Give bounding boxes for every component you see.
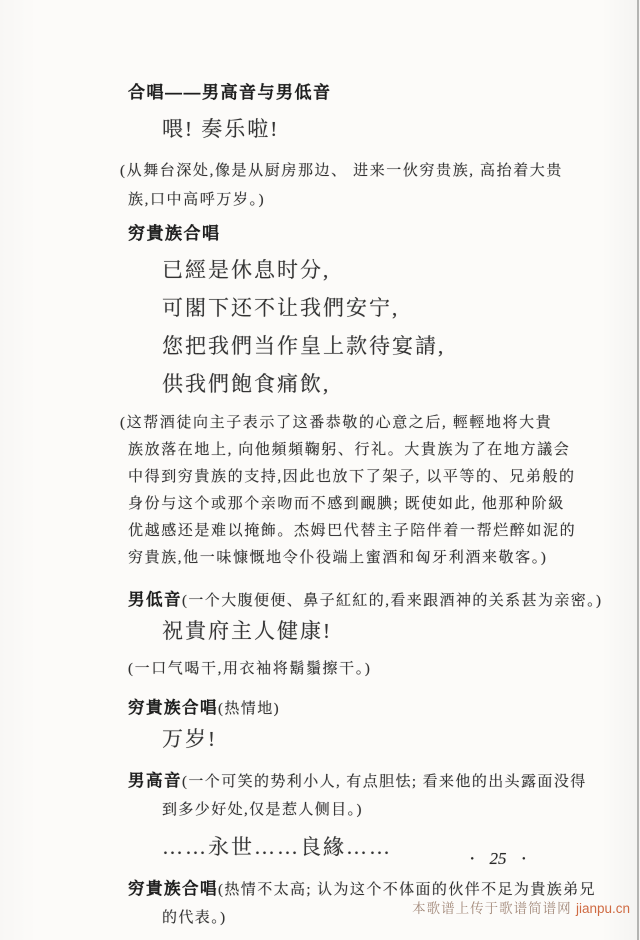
direction-line: 族放落在地上, 向他頻頻鞠躬、行礼。大貴族为了在地方議会 bbox=[128, 437, 616, 464]
scanned-script-page: 合唱——男高音与男低音 喂! 奏乐啦! (从舞台深处,像是从厨房那边、 进来一伙… bbox=[0, 0, 640, 940]
speaker-line: 男高音(一个可笑的势利小人, 有点胆怯; 看来他的出头露面没得 到多少好处,仅是… bbox=[128, 767, 616, 824]
direction-line: 穷貴族,他一味慷慨地令仆役端上蜜酒和匈牙利酒来敬客。) bbox=[128, 545, 616, 572]
speaker-name: 穷貴族合唱 bbox=[128, 880, 218, 898]
speaker-name: 男低音 bbox=[128, 591, 182, 609]
watermark-text: 本歌谱上传于歌谱简谱网 bbox=[412, 901, 576, 916]
speaker-note: (热情地) bbox=[218, 701, 280, 717]
speaker-line: 男低音(一个大腹便便、鼻子紅紅的,看来跟酒神的关系甚为亲密。) bbox=[128, 586, 616, 610]
speaker-note: (一个大腹便便、鼻子紅紅的,看来跟酒神的关系甚为亲密。) bbox=[182, 593, 602, 609]
lyric-line: 您把我們当作皇上款待宴請, bbox=[128, 331, 616, 362]
watermark-site-link: jianpu.cn bbox=[576, 901, 630, 916]
lyric-line: 喂! 奏乐啦! bbox=[128, 114, 616, 145]
lyric-line: 供我們飽食痛飲, bbox=[128, 369, 616, 400]
speaker-name: 男高音 bbox=[128, 772, 182, 790]
direction-line: (这帮酒徒向主子表示了这番恭敬的心意之后, 輕輕地将大貴 bbox=[128, 410, 616, 437]
speaker-note-continuation: 到多少好处,仅是惹人侧目。) bbox=[128, 796, 616, 824]
lyric-line: 万岁! bbox=[128, 724, 616, 755]
stage-direction: (这帮酒徒向主子表示了这番恭敬的心意之后, 輕輕地将大貴 族放落在地上, 向他頻… bbox=[128, 410, 616, 572]
chorus-heading: 合唱——男高音与男低音 bbox=[128, 82, 616, 104]
direction-line: (从舞台深处,像是从厨房那边、 进来一伙穷贵族, 高抬着大贵 bbox=[128, 157, 616, 186]
direction-line: (一口气喝干,用衣袖将鬍鬚擦干。) bbox=[128, 655, 616, 684]
direction-line: 中得到穷貴族的支持,因此也放下了架子, 以平等的、兄弟般的 bbox=[128, 464, 616, 491]
page-number-left-dot: · bbox=[469, 854, 476, 864]
speaker-note: (一个可笑的势利小人, 有点胆怯; 看来他的出头露面没得 bbox=[182, 774, 587, 790]
direction-line: 身份与这个或那个亲吻而不感到靦腆; 既使如此, 他那种阶級 bbox=[128, 491, 616, 518]
watermark: 本歌谱上传于歌谱简谱网 jianpu.cn bbox=[412, 897, 630, 917]
poor-nobles-chorus-heading: 穷貴族合唱 bbox=[128, 223, 616, 245]
direction-line: 优越感还是难以掩飾。杰姆巴代替主子陪伴着一帮烂醉如泥的 bbox=[128, 518, 616, 545]
page-number-value: 25 bbox=[490, 849, 507, 869]
scan-edge-artifact bbox=[637, 0, 639, 940]
stage-direction: (一口气喝干,用衣袖将鬍鬚擦干。) bbox=[128, 655, 616, 684]
lyric-line: 已經是休息时分, bbox=[128, 255, 616, 286]
lyric-line: 祝貴府主人健康! bbox=[128, 616, 616, 647]
page-number-right-dot: · bbox=[521, 854, 528, 864]
script-content: 合唱——男高音与男低音 喂! 奏乐啦! (从舞台深处,像是从厨房那边、 进来一伙… bbox=[128, 82, 616, 932]
direction-line: 族,口中高呼万岁。) bbox=[128, 186, 616, 215]
speaker-line: 穷貴族合唱(热情地) bbox=[128, 694, 616, 718]
speaker-name: 穷貴族合唱 bbox=[128, 699, 218, 717]
page-number: · 25 · bbox=[448, 849, 548, 869]
stage-direction: (从舞台深处,像是从厨房那边、 进来一伙穷贵族, 高抬着大贵 族,口中高呼万岁。… bbox=[128, 157, 616, 215]
speaker-note: (热情不太高; 认为这个不体面的伙伴不足为貴族弟兄 bbox=[218, 882, 596, 898]
lyric-line: 可閣下还不让我們安宁, bbox=[128, 293, 616, 324]
